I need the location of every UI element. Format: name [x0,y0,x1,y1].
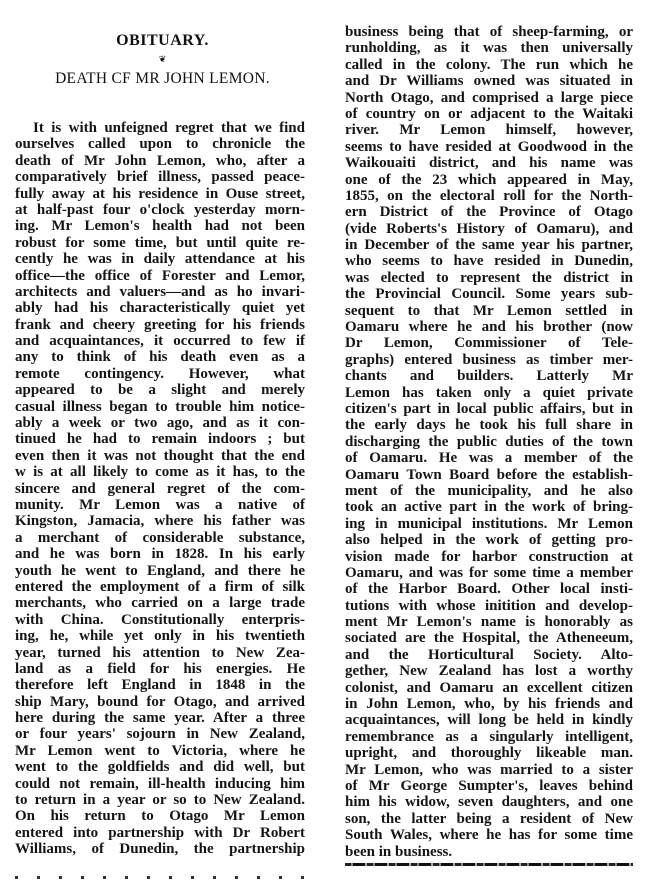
cropped-text-fragment [15,876,305,879]
newspaper-clipping: OBITUARY. ❦ DEATH CF MR JOHN LEMON. It i… [0,0,650,881]
text-line: of country on or adjacent to the Waitaki [345,106,633,122]
text-line: in John Lemon, who, by his friends and [345,696,633,712]
text-line: robust for some time, but until quite re… [15,235,305,251]
text-line: w is at all likely to come as it has, to… [15,464,305,480]
text-line: merchants, who carried on a large trade [15,595,305,611]
text-line: ing in municipal institutions. Mr Lemon [345,516,633,532]
text-line: of Mr George Sumpter's, leaves behind [345,778,633,794]
text-line: (vide Roberts's History of Oamaru), and [345,221,633,237]
text-line: and he was born in 1828. In his early [15,546,305,562]
text-line: graphs) entered business as timber mer- [345,352,633,368]
text-line: casual illness began to trouble him noti… [15,399,305,415]
text-line: seems to have resided at Goodwood in the [345,139,633,155]
text-line: sociated are the Hospital, the Atheneeum… [345,630,633,646]
text-line: or four years' sojourn in New Zealand, [15,726,305,742]
text-line: was elected to represent the district in [345,270,633,286]
text-line: colonist, and Oamaru an excellent citize… [345,680,633,696]
text-line: Dr Lemon, Commissioner of Tele- [345,335,633,351]
text-line: On his return to Otago Mr Lemon [15,808,305,824]
text-line: the Provincial Council. Some years sub- [345,286,633,302]
text-line: ing, he, while yet only in his twentieth [15,628,305,644]
text-line: vision made for harbor construction at [345,549,633,565]
text-line: of the Harbor Board. Other local insti- [345,581,633,597]
text-line: land as a field for his energies. He [15,661,305,677]
text-line: citizen's part in local public affairs, … [345,401,633,417]
text-line: one of the 23 which appeared in May, [345,172,633,188]
text-line: ing. Mr Lemon's health had not been [15,218,305,234]
text-line: gether, New Zealand has lost a worthy [345,663,633,679]
text-line: appeared to be a slight and merely [15,382,305,398]
text-line: youth he went to England, and there he [15,563,305,579]
text-line: Williams, of Dunedin, the partnership [15,841,305,857]
text-line: and acquaintances, it occurred to few if [15,333,305,349]
text-line: took an active part in the work of bring… [345,499,633,515]
text-line: acquaintances, will long be held in kind… [345,712,633,728]
text-line: ably had his characteristically quiet ye… [15,300,305,316]
text-line: entered into partnership with Dr Robert [15,825,305,841]
text-line: at half-past four o'clock yesterday morn… [15,202,305,218]
text-line: ern District of the Province of Otago [345,204,633,220]
column-divider [323,0,324,881]
text-line: 1855, on the electoral roll for the Nort… [345,188,633,204]
text-line: sincere and general regret of the com- [15,481,305,497]
text-line: could not remain, ill-health inducing hi… [15,776,305,792]
text-line: fully away at his residence in Ouse stre… [15,186,305,202]
text-line: and Dr Williams owned was situated in [345,73,633,89]
text-line: death of Mr John Lemon, who, after a [15,153,305,169]
text-line: munity. Mr Lemon was a native of [15,497,305,513]
text-line: remote contingency. However, what [15,366,305,382]
text-line: tinued he had to remain indoors ; but [15,431,305,447]
text-line: tutions with whose initition and develop… [345,598,633,614]
text-line: South Wales, where he has for some time [345,827,633,843]
ornament-icon: ❦ [0,55,325,65]
text-line: remembrance as a singularly intelligent, [345,729,633,745]
right-column-text: business being that of sheep-farming, or… [345,24,633,860]
text-line: discharging the public duties of the tow… [345,434,633,450]
text-line: ably a week or two ago, and as it con- [15,415,305,431]
text-line: frank and cheery greeting for his friend… [15,317,305,333]
text-line: architects and valuers—and as ho invari- [15,284,305,300]
obituary-heading: OBITUARY. [0,32,325,50]
article-subheading: DEATH CF MR JOHN LEMON. [0,70,325,88]
text-line: North Otago, and comprised a large piece [345,90,633,106]
text-line: in December of the same year his partner… [345,237,633,253]
text-line: It is with unfeigned regret that we find [15,120,305,136]
text-line: ourselves called upon to chronicle the [15,136,305,152]
text-line: river. Mr Lemon himself, however, [345,122,633,138]
text-line: him his widow, seven daughters, and one [345,794,633,810]
text-line: also helped in the work of getting pro- [345,532,633,548]
text-line: Oamaru, and was for some time a member [345,565,633,581]
text-line: of Oamaru. He was a member of the [345,450,633,466]
text-line: who seems to have resided in Dunedin, [345,253,633,269]
text-line: even then it was not thought that the en… [15,448,305,464]
text-line: called in the colony. The run which he [345,57,633,73]
text-line: ment of the municipality, and he also [345,483,633,499]
text-line: office—the office of Forester and Lemor, [15,268,305,284]
text-line: sequent to that Mr Lemon settled in [345,303,633,319]
text-line: Waikouaiti district, and his name was [345,155,633,171]
text-line: and the Horticultural Society. Alto- [345,647,633,663]
text-line: a merchant of considerable substance, [15,530,305,546]
text-line: cently he was in daily attendance at his [15,251,305,267]
text-line: the early days he took his full share in [345,417,633,433]
text-line: ment Mr Lemon's name is honorably as [345,614,633,630]
text-line: went to the goldfields and did well, but [15,759,305,775]
text-line: to return in a year or so to New Zealand… [15,792,305,808]
text-line: Oamaru where he and his brother (now [345,319,633,335]
text-line: therefore left England in 1848 in the [15,677,305,693]
text-line: upright, and thoroughly likeable man. [345,745,633,761]
text-line: Oamaru Town Board before the establish- [345,467,633,483]
text-line: Kingston, Jamacia, where his father was [15,513,305,529]
left-column-text: It is with unfeigned regret that we find… [15,120,305,858]
text-line: runholding, as it was then universally [345,40,633,56]
text-line: year, turned his attention to New Zea- [15,645,305,661]
text-line: been in business. [345,844,633,860]
text-line: Lemon has taken only a quiet private [345,385,633,401]
text-line: chants and builders. Latterly Mr [345,368,633,384]
text-line: with China. Constitutionally enterpris- [15,612,305,628]
text-line: entered the employment of a firm of silk [15,579,305,595]
text-line: any to think of his death even as a [15,349,305,365]
text-line: business being that of sheep-farming, or [345,24,633,40]
end-rule [345,863,633,866]
text-line: Mr Lemon went to Victoria, where he [15,743,305,759]
text-line: son, the latter being a resident of New [345,811,633,827]
text-line: Mr Lemon, who was married to a sister [345,762,633,778]
text-line: comparatively brief illness, passed peac… [15,169,305,185]
text-line: here during the same year. After a three [15,710,305,726]
text-line: ship Mary, bound for Otago, and arrived [15,694,305,710]
